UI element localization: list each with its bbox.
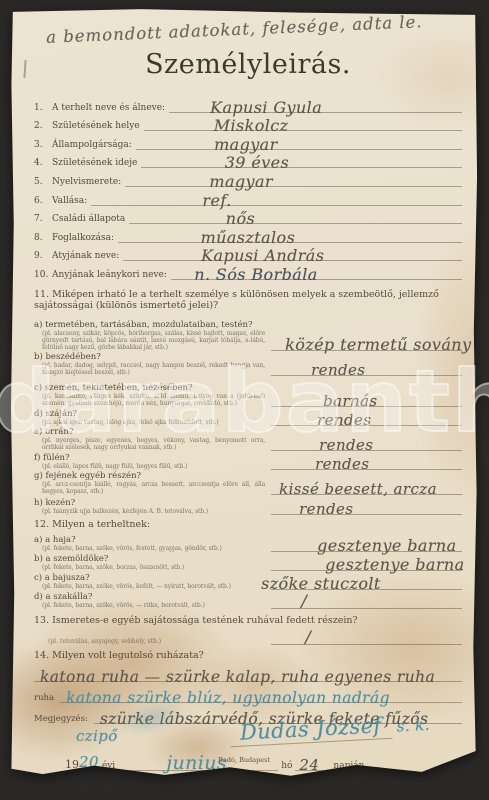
field-number: 2.: [34, 121, 52, 131]
subitem-beard: d) a szakálla? (pl. fekete, barna, szőke…: [34, 590, 462, 609]
rule-line: Kapusi András: [123, 246, 462, 261]
rule-line: 39 éves: [141, 153, 462, 168]
field-label: Vallása:: [52, 196, 91, 206]
field-row-birthplace: 2. Születésének helye Miskolcz: [34, 113, 462, 132]
subitem-hint: (pl. fekete, barna, szőke, vörös, festet…: [34, 545, 265, 552]
subitem-label: a bajusza?: [45, 573, 90, 583]
subitem-hint: (pl. hadar, dadog, selypít, raccsol, nag…: [34, 362, 265, 376]
question-text: Milyen volt legutolsó ruházata?: [52, 650, 204, 661]
rule-line: barnás: [271, 394, 462, 407]
subitem-label: szemén, tekintetében, nézésében?: [45, 383, 193, 393]
field-label: Foglalkozása:: [52, 233, 118, 243]
field-number: 10.: [34, 270, 52, 280]
subitem-key: h): [34, 498, 43, 508]
subitem-key: g): [34, 471, 43, 481]
subitem-moustache: c) a bajusza? (pl. fekete, barna, szőke,…: [34, 571, 462, 590]
subitem-label: beszédében?: [45, 352, 100, 362]
question-11-heading: 11. Miképen irható le a terhelt személye…: [34, 289, 462, 312]
rule-line: rendes: [271, 363, 462, 376]
subitem-eyes: c) szemén, tekintetében, nézésében? (pl.…: [34, 376, 462, 407]
subitem-label: fejének egyéb részén?: [45, 471, 141, 481]
rule-line: /: [271, 632, 462, 645]
rule-line: ref.: [91, 191, 462, 206]
field-number: 6.: [34, 196, 52, 206]
subitem-hint: (pl. fekete, barna, szőke, borzas, össze…: [34, 564, 265, 571]
subitem-label: termetében, tartásában, mozdulataiban, t…: [45, 320, 252, 330]
field-number: 3.: [34, 140, 52, 150]
subitem-nose: e) orrán? (pl. nyerges, pisze, egyenes, …: [34, 426, 462, 451]
question-text: Ismeretes-e egyéb sajátossága testének r…: [52, 615, 357, 626]
subitem-hint: (pl. fekete, barna, szőke, vörös, kefélt…: [34, 583, 265, 590]
subitem-value: /: [301, 592, 307, 612]
rule-line: Kapusi Gyula: [169, 98, 462, 113]
clothing-value-1: katona ruha — szürke kalap, ruha egyenes…: [40, 668, 435, 686]
subitem-key: b): [34, 554, 43, 564]
rule-line: nős: [129, 209, 462, 224]
subitem-label: kezén?: [46, 498, 76, 508]
field-row-marital-status: 7. Családi állapota nős: [34, 206, 462, 225]
subitem-hint: (pl. nyerges, pisze, egyenes, hegyes, vé…: [34, 437, 265, 451]
subitem-hint: (pl. arcz-csontja kiálló, ragyás, arcza …: [34, 481, 265, 495]
subitem-hair: a) a haja? (pl. fekete, barna, szőke, vö…: [34, 533, 462, 552]
subitem-key: b): [34, 352, 43, 362]
pencil-margin-mark: [23, 60, 26, 78]
question-11-items: a) termetében, tartásában, mozdulataiban…: [34, 318, 462, 515]
rule-line: n. Sós Borbála: [171, 265, 462, 280]
subitem-hint: (pl. fekete, barna, szőke, vörös, — ritk…: [34, 602, 265, 609]
clothing-line-1: katona ruha — szürke kalap, ruha egyenes…: [34, 665, 462, 682]
subitem-key: e): [34, 427, 42, 437]
subitem-label: a szemöldöke?: [45, 554, 108, 564]
signature-suffix: s. k.: [396, 716, 430, 736]
field-row-citizenship: 3. Állampolgársága: magyar: [34, 131, 462, 150]
rule-line: Miskolcz: [144, 116, 462, 131]
rule-line: rendes: [271, 457, 462, 470]
field-row-name: 1. A terhelt neve és álneve: Kapusi Gyul…: [34, 94, 462, 113]
question-12-items: a) a haja? (pl. fekete, barna, szőke, vö…: [34, 533, 462, 609]
subitem-head-other: g) fejének egyéb részén? (pl. arcz-csont…: [34, 470, 462, 495]
field-label: Születésének helye: [52, 121, 144, 131]
subitem-hint: (pl. kancsalitó, világos kék, szürke, zö…: [34, 393, 265, 407]
remark-prefix: Megjegyzés:: [34, 714, 94, 724]
rule-line: közép termetű sovány: [271, 338, 462, 351]
subitem-hint: (pl. hiányzik ujja balkezén, kézfején A.…: [34, 508, 265, 515]
clothing-prefix: ruha: [34, 693, 60, 703]
field-label: Nyelvismerete:: [52, 177, 125, 187]
subitem-key: c): [34, 573, 42, 583]
question-number: 13.: [34, 615, 49, 626]
field-row-languages: 5. Nyelvismerete: magyar: [34, 168, 462, 187]
rule-line: magyar: [125, 172, 462, 187]
rule-line: /: [271, 596, 462, 609]
question-value: /: [305, 628, 311, 648]
question-12-heading: 12. Milyen a terheltnek:: [34, 519, 462, 531]
printer-mark: Radó, Budapest: [10, 756, 478, 764]
rule-line: rendes: [271, 438, 462, 451]
fields-section: 1. A terhelt neve és álneve: Kapusi Gyul…: [34, 94, 462, 280]
subitem-label: a haja?: [45, 535, 76, 545]
field-number: 5.: [34, 177, 52, 187]
field-value: n. Sós Borbála: [194, 265, 317, 284]
field-number: 1.: [34, 103, 52, 113]
field-label: Atyjának neve:: [52, 251, 123, 261]
question-number: 12.: [34, 519, 49, 530]
field-row-birthdate: 4. Születésének ideje 39 éves: [34, 150, 462, 169]
field-row-occupation: 8. Foglalkozása: műasztalos: [34, 224, 462, 243]
rule-line: gesztenye barna: [271, 539, 462, 552]
subitem-label: orrán?: [45, 427, 73, 437]
subitem-label: száján?: [45, 409, 77, 419]
subitem-hint: (pl. elálló, lapos fülű, nagy fülű, hegy…: [34, 463, 265, 470]
field-label: A terhelt neve és álneve:: [52, 103, 169, 113]
paper-shadow-wrap: a bemondott adatokat, felesége, adta le.…: [0, 0, 489, 800]
rule-line: műasztalos: [118, 228, 462, 243]
pencil-note: a bemondott adatokat, felesége, adta le.: [46, 12, 423, 47]
subitem-key: a): [34, 320, 42, 330]
field-label: Születésének ideje: [52, 158, 141, 168]
field-row-father-name: 9. Atyjának neve: Kapusi András: [34, 243, 462, 262]
rule-line: rendes: [271, 502, 462, 515]
subitem-value: rendes: [299, 500, 353, 518]
field-number: 7.: [34, 214, 52, 224]
field-number: 8.: [34, 233, 52, 243]
field-label: Állampolgársága:: [52, 140, 136, 150]
question-13: 13. Ismeretes-e egyéb sajátossága testén…: [34, 615, 462, 645]
field-label: Családi állapota: [52, 214, 129, 224]
question-hint: (pl. tetoválás, anyajegy, sebhely, stb.): [34, 638, 265, 645]
subitem-eyebrows: b) a szemöldöke? (pl. fekete, barna, sző…: [34, 552, 462, 571]
subitem-key: d): [34, 409, 43, 419]
rule-line: gesztenye barna: [271, 558, 462, 571]
subitem-hint: (pl. ajkai igen vastag, lelóg ajka, fels…: [34, 419, 265, 426]
subitem-hint: (pl. alacsony, szikár, köpcös, hórihorga…: [34, 330, 265, 351]
document-title: Személyleirás.: [34, 49, 462, 80]
rule-line: kissé beesett, arcza: [271, 482, 462, 495]
field-row-mother-name: 10. Anyjának leánykori neve: n. Sós Borb…: [34, 261, 462, 280]
subitem-label: a szakálla?: [45, 592, 92, 602]
question-number: 11.: [34, 289, 49, 300]
subitem-label: fülén?: [43, 453, 69, 463]
field-row-religion: 6. Vallása: ref.: [34, 187, 462, 206]
question-text: Milyen a terheltnek:: [52, 519, 150, 530]
question-number: 14.: [34, 650, 49, 661]
subitem-key: f): [34, 453, 40, 463]
subitem-ears: f) fülén? (pl. elálló, lapos fülű, nagy …: [34, 451, 462, 470]
subitem-stature: a) termetében, tartásában, mozdulataiban…: [34, 318, 462, 351]
subitem-key: d): [34, 592, 43, 602]
photo-background: a bemondott adatokat, felesége, adta le.…: [0, 0, 489, 800]
rule-line: szőke stuczolt: [271, 577, 462, 590]
rule-line: rendes: [271, 413, 462, 426]
question-text: Miképen irható le a terhelt személye s k…: [34, 289, 439, 312]
document-paper: a bemondott adatokat, felesége, adta le.…: [10, 8, 478, 778]
subitem-key: c): [34, 383, 42, 393]
field-number: 9.: [34, 251, 52, 261]
clothing-line-2: ruha katona szürke blúz, ugyanolyan nadr…: [34, 686, 462, 703]
field-label: Anyjának leánykori neve:: [52, 270, 171, 280]
rule-line: magyar: [136, 135, 462, 150]
subitem-hands: h) kezén? (pl. hiányzik ujja balkezén, k…: [34, 495, 462, 515]
subitem-speech: b) beszédében? (pl. hadar, dadog, selypí…: [34, 351, 462, 376]
subitem-key: a): [34, 535, 42, 545]
field-number: 4.: [34, 158, 52, 168]
subitem-mouth: d) száján? (pl. ajkai igen vastag, lelóg…: [34, 407, 462, 426]
